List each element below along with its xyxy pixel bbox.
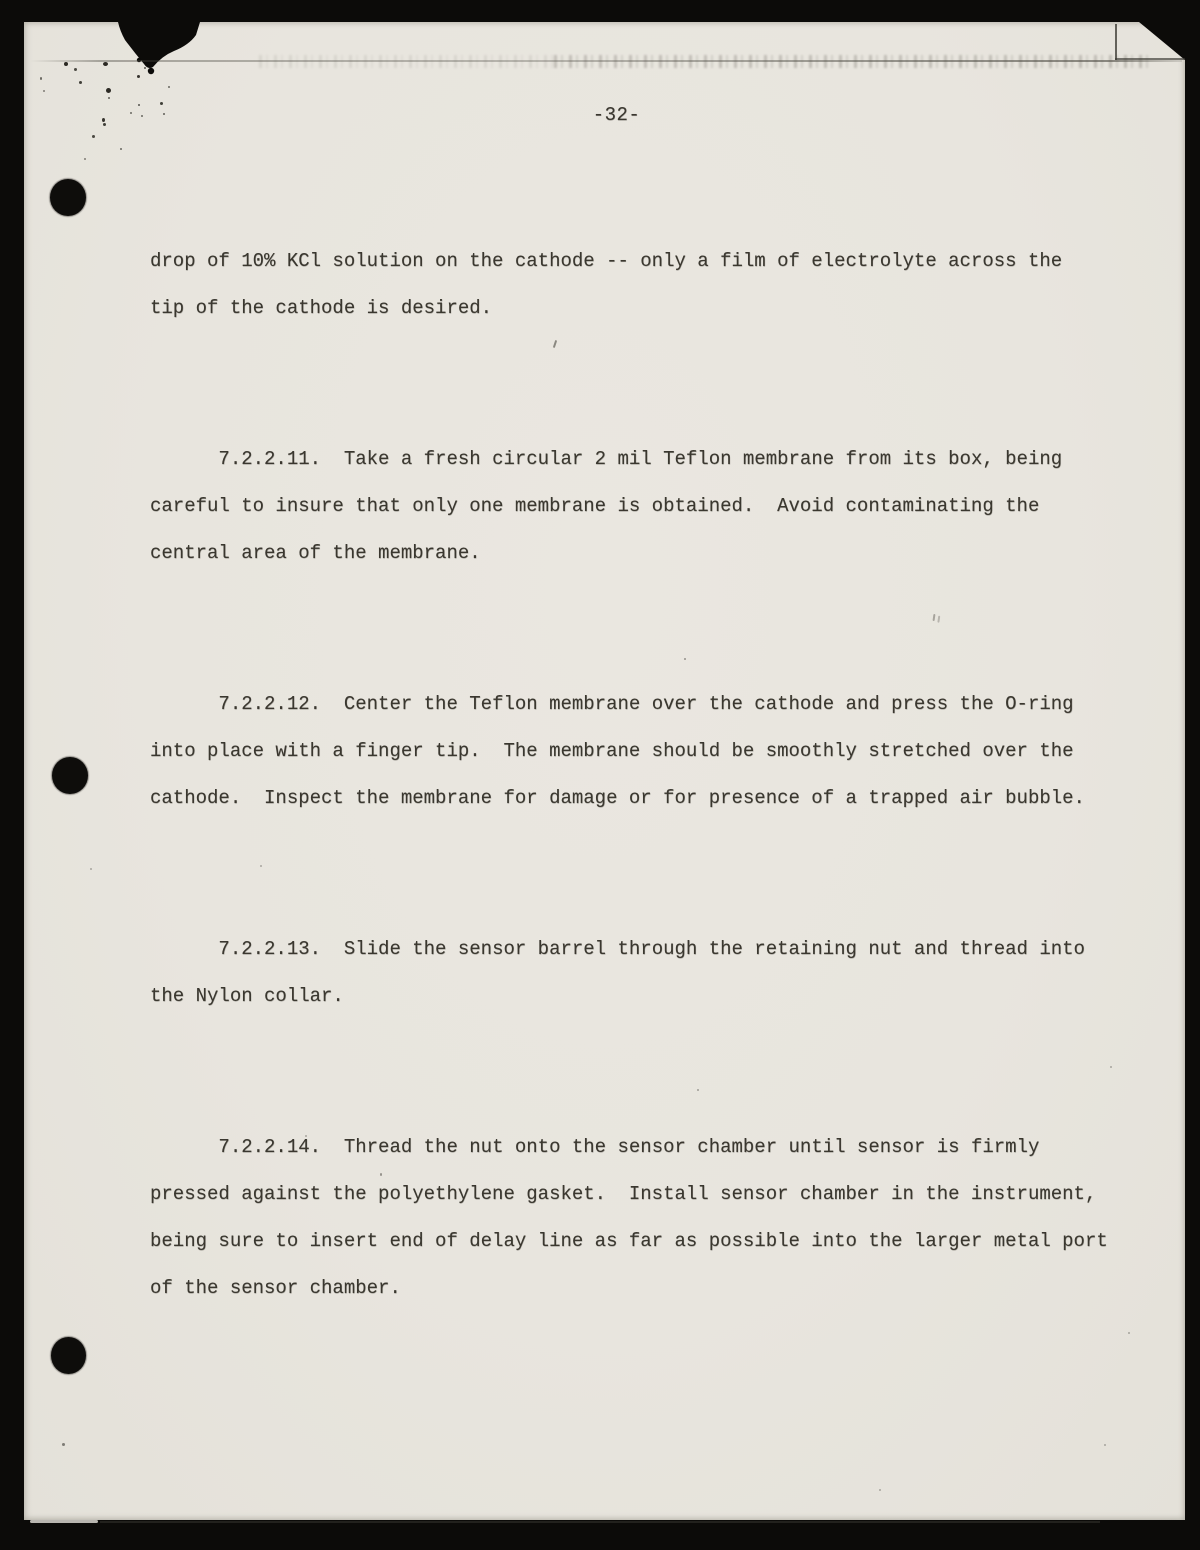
ink-speck	[103, 62, 108, 66]
ink-speck	[160, 102, 163, 105]
ink-speck	[144, 67, 146, 69]
ink-speck	[79, 81, 82, 84]
ink-speck	[92, 135, 95, 138]
ink-speck	[305, 1135, 307, 1137]
ink-speck	[40, 77, 42, 80]
ink-speck	[64, 62, 68, 66]
scan-streak-band-faint	[259, 55, 554, 68]
paragraph-continuation: drop of 10% KCl solution on the cathode …	[150, 238, 1160, 332]
typewritten-text-block: drop of 10% KCl solution on the cathode …	[150, 144, 1160, 1416]
corner-register-mark-horizontal	[1115, 58, 1185, 60]
paragraph-7-2-2-13: 7.2.2.13. Slide the sensor barrel throug…	[150, 926, 1160, 1020]
hole-punch	[51, 1337, 86, 1374]
hole-punch	[50, 179, 86, 216]
ink-speck	[163, 113, 165, 115]
ink-speck	[684, 658, 686, 660]
page-number: -32-	[24, 103, 1185, 127]
ink-speck	[108, 97, 110, 99]
hole-punch	[52, 757, 88, 794]
paper-edge-highlight	[30, 1520, 98, 1523]
ink-speck	[62, 1443, 65, 1446]
ink-speck	[1110, 1066, 1112, 1068]
ink-speck	[137, 75, 140, 78]
ink-speck	[380, 1173, 382, 1176]
corner-register-mark-vertical	[1115, 24, 1117, 60]
paragraph-7-2-2-14: 7.2.2.14. Thread the nut onto the sensor…	[150, 1124, 1160, 1312]
ink-speck	[1104, 1444, 1106, 1446]
ink-speck	[130, 112, 132, 114]
ink-speck	[879, 1489, 881, 1491]
scanner-background: -32- drop of 10% KCl solution on the cat…	[0, 0, 1200, 1550]
ink-speck	[168, 86, 170, 88]
paper-edge-shadow	[100, 1521, 1100, 1523]
ink-speck	[106, 88, 111, 93]
ink-speck	[138, 104, 140, 106]
ink-speck	[120, 148, 122, 150]
ink-speck	[74, 68, 77, 71]
document-page: -32- drop of 10% KCl solution on the cat…	[24, 22, 1185, 1520]
ink-speck	[103, 123, 106, 126]
ink-speck	[90, 868, 92, 870]
ink-speck	[43, 90, 45, 92]
ink-speck	[260, 865, 262, 867]
scan-streak-band	[554, 55, 1149, 68]
ink-blot	[112, 22, 212, 78]
ink-speck	[1128, 1332, 1130, 1334]
ink-speck	[697, 1089, 699, 1091]
ink-speck	[102, 118, 105, 122]
ink-speck	[141, 115, 143, 117]
paragraph-7-2-2-11: 7.2.2.11. Take a fresh circular 2 mil Te…	[150, 436, 1160, 577]
paragraph-7-2-2-12: 7.2.2.12. Center the Teflon membrane ove…	[150, 681, 1160, 822]
ink-speck	[84, 158, 86, 160]
